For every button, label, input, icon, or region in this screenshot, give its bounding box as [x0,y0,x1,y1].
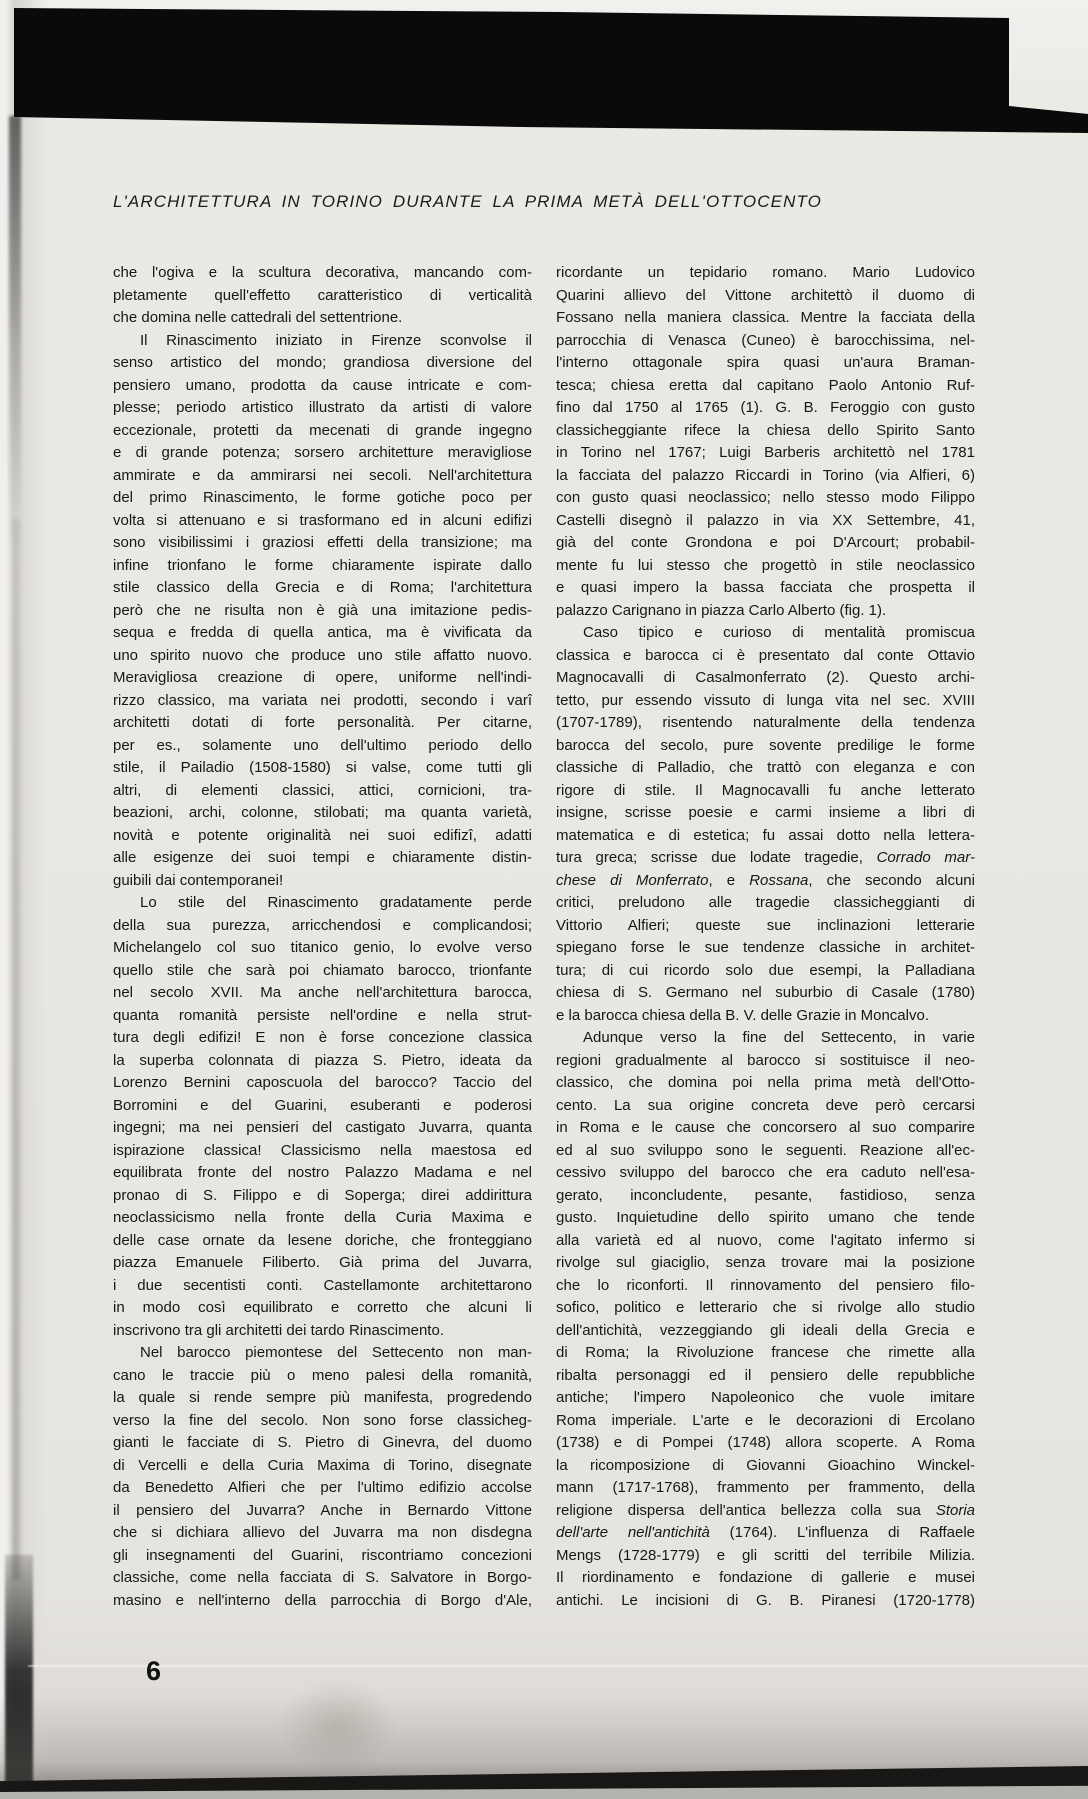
text-line: quanta romanità persiste nell'ordine e n… [113,1005,532,1028]
text-line: plesse; periodo artistico illustrato da … [113,397,532,420]
text-line: classica e barocca ci è presentato dal c… [556,645,975,668]
text-line: ammirate e da ammirarsi nei secoli. Nell… [113,465,532,488]
text-line: la quale si rende sempre più manifesta, … [113,1387,532,1410]
text-line: novità e potente originalità nei suoi ed… [113,825,532,848]
text-line: infine trionfano le forme chiaramente is… [113,555,532,578]
text-line: la ricomposizione di Giovanni Gioachino … [556,1455,975,1478]
text-line: classico, che domina poi nella prima met… [556,1072,975,1095]
text-line: stile, il Pailadio (1508-1580) si valse,… [113,757,532,780]
text-line: in Torino nel 1767; Luigi Barberis archi… [556,442,975,465]
text-line: sofico, politico e letterario che si riv… [556,1297,975,1320]
text-line: volta si attenuano e si trasformano ed i… [113,510,532,533]
text-line: Quarini allievo del Vittone architettò i… [556,285,975,308]
text-line: la facciata del palazzo Riccardi in Tori… [556,465,975,488]
page-number: 6 [146,1656,161,1687]
text-line: e la barocca chiesa della B. V. delle Gr… [556,1005,975,1028]
text-line: matematica e di estetica; fu assai dotto… [556,825,975,848]
text-line: alla varietà ed al nuovo, come l'agitato… [556,1230,975,1253]
text-line: classiche, come nella facciata di S. Sal… [113,1567,532,1590]
text-line: alle esigenze dei suoi tempi e chiaramen… [113,847,532,870]
text-line: con gusto quasi neoclassico; nello stess… [556,487,975,510]
text-line: gli insegnamenti del Guarini, riscontria… [113,1545,532,1568]
text-line: in modo così equilibrato e corretto che … [113,1297,532,1320]
text-line: tesca; chiesa eretta dal capitano Paolo … [556,375,975,398]
text-line: chiesa di S. Germano nel suburbio di Cas… [556,982,975,1005]
text-line: classiche di Palladio, che trattò con el… [556,757,975,780]
text-line: regioni gradualmente al barocco si sosti… [556,1050,975,1073]
scan-streak-middle [12,520,20,1580]
text-line: e quasi impero la bassa facciata che pro… [556,577,975,600]
text-line: l'interno ottagonale spira quasi un'aura… [556,352,975,375]
text-line: ed al suo sviluppo sono le seguenti. Rea… [556,1140,975,1163]
text-line: gianti le facciate di S. Pietro di Ginev… [113,1432,532,1455]
text-line: già del conte Grondona e poi D'Arcourt; … [556,532,975,555]
text-line: dell'antichità, vezzeggiando gli ideali … [556,1320,975,1343]
text-line: rigore di stile. Il Magnocavalli fu anch… [556,780,975,803]
text-line: chese di Monferrato, e Rossana, che seco… [556,870,975,893]
text-line: il pensiero del Juvarra? Anche in Bernar… [113,1500,532,1523]
text-line: ispirazione classica! Classicismo nella … [113,1140,532,1163]
text-line: gusto. Inquietudine dello spirito umano … [556,1207,975,1230]
text-line: della sua purezza, arricchendosi e compl… [113,915,532,938]
text-line: antichi. Le incisioni di G. B. Piranesi … [556,1590,975,1613]
text-line: ribalta personaggi ed il pensiero delle … [556,1365,975,1388]
text-line: masino e nell'interno della parrocchia d… [113,1590,532,1613]
text-line: Magnocavalli di Casalmonferrato (2). Que… [556,667,975,690]
text-line: sono visibilissimi i graziosi effetti de… [113,532,532,555]
text-line: rizzo classico, ma variata nei prodotti,… [113,690,532,713]
text-line: Fossano nella maniera classica. Mentre l… [556,307,975,330]
text-line: Castelli disegnò il palazzo in via XX Se… [556,510,975,533]
text-line: stile classico della Grecia e di Roma; l… [113,577,532,600]
text-line: Nel barocco piemontese del Settecento no… [113,1342,532,1365]
text-line: altri, di elementi classici, attici, cor… [113,780,532,803]
text-line: del primo Rinascimento, le forme gotiche… [113,487,532,510]
text-line: eccezionale, protetti da mecenati di gra… [113,420,532,443]
text-line: rivolge sul giaciglio, senza trovare mai… [556,1252,975,1275]
text-line: antiche; l'impero Napoleonico che vuole … [556,1387,975,1410]
text-line: delle case ornate da lesene doriche, che… [113,1230,532,1253]
text-line: spiegano forse le sue tendenze classiche… [556,937,975,960]
text-line: tetto, pur essendo vissuto di lunga vita… [556,690,975,713]
text-line: piazza Emanuele Filiberto. Già prima del… [113,1252,532,1275]
text-line: cano le traccie più o meno palesi della … [113,1365,532,1388]
text-line: senso artistico del mondo; grandiosa div… [113,352,532,375]
scan-light-line [28,1665,1088,1667]
text-line: che lo riconforti. Il rinnovamento del p… [556,1275,975,1298]
text-line: ricordante un tepidario romano. Mario Lu… [556,262,975,285]
text-line: insigne, scrisse poesie e carmi insieme … [556,802,975,825]
text-line: Mengs (1728-1779) e gli scritti del terr… [556,1545,975,1568]
text-line: cessivo sviluppo del barocco che era cad… [556,1162,975,1185]
text-line: che si dichiara allievo del Juvarra ma n… [113,1522,532,1545]
text-line: Borromini e del Guarini, esuberanti e po… [113,1095,532,1118]
scan-left-edge-shadow [0,0,48,1799]
text-line: di Vercelli e della Curia Maxima di Tori… [113,1455,532,1478]
text-line: Michelangelo col suo titanico genio, lo … [113,937,532,960]
text-line: dell'arte nell'antichità (1764). L'influ… [556,1522,975,1545]
text-line: da Benedetto Alfieri che per l'ultimo ed… [113,1477,532,1500]
text-line: pletamente quell'effetto caratteristico … [113,285,532,308]
text-line: tura greca; scrisse due lodate tragedie,… [556,847,975,870]
text-line: e di grande potenza; sorsero architettur… [113,442,532,465]
text-line: inscrivono tra gli architetti dei tardo … [113,1320,532,1343]
text-line: mente fu lui stesso che progettò in stil… [556,555,975,578]
text-line: critici, preludono alle tragedie classic… [556,892,975,915]
text-line: però che ne risulta non è già una imitaz… [113,600,532,623]
text-line: che l'ogiva e la scultura decorativa, ma… [113,262,532,285]
text-line: beazioni, archi, colonne, stilobati; ma … [113,802,532,825]
text-line: ingegni; ma nei pensieri del castigato J… [113,1117,532,1140]
text-line: per es., solamente uno dell'ultimo perio… [113,735,532,758]
scan-black-band-top [0,0,1088,150]
text-line: tura degli edifizi! E non è forse concez… [113,1027,532,1050]
text-line: neoclassicismo nella fronte della Curia … [113,1207,532,1230]
text-line: di Roma; la Rivoluzione francese che rim… [556,1342,975,1365]
text-line: Il riordinamento e fondazione di galleri… [556,1567,975,1590]
text-line: che domina nelle cattedrali del settentr… [113,307,532,330]
text-line: fino dal 1750 al 1765 (1). G. B. Feroggi… [556,397,975,420]
text-line: (1738) e di Pompei (1748) allora scopert… [556,1432,975,1455]
text-line: pronao di S. Filippo e di Soperga; direi… [113,1185,532,1208]
text-line: Roma imperiale. L'arte e le decorazioni … [556,1410,975,1433]
text-line: guibili dai contemporanei! [113,870,532,893]
scan-streak-top [9,116,21,546]
text-line: equilibrata fronte del nostro Palazzo Ma… [113,1162,532,1185]
text-line: Meravigliosa creazione di opere, uniform… [113,667,532,690]
text-line: la superba colonnata di piazza S. Pietro… [113,1050,532,1073]
text-line: sequa e fredda di quella antica, ma è vi… [113,622,532,645]
text-column-right: ricordante un tepidario romano. Mario Lu… [556,262,975,1612]
text-line: gerato, inconcludente, pesante, fastidio… [556,1185,975,1208]
text-line: Adunque verso la fine del Settecento, in… [556,1027,975,1050]
text-line: Vittorio Alfieri; queste sue inclinazion… [556,915,975,938]
text-line: i due secentisti conti. Castellamonte ar… [113,1275,532,1298]
text-line: in Roma e le cause che concorsero al suo… [556,1117,975,1140]
text-line: Lorenzo Bernini caposcuola del barocco? … [113,1072,532,1095]
text-line: uno spirito nuovo che produce uno stile … [113,645,532,668]
text-line: Il Rinascimento iniziato in Firenze scon… [113,330,532,353]
page-title: L'ARCHITETTURA IN TORINO DURANTE LA PRIM… [113,192,1013,212]
text-line: mann (1717-1768), frammento per framment… [556,1477,975,1500]
text-line: classicheggiante rifece la chiesa dello … [556,420,975,443]
text-line: verso la fine del secolo. Non sono forse… [113,1410,532,1433]
text-line: Caso tipico e curioso di mentalità promi… [556,622,975,645]
text-line: (1707-1789), risentendo naturalmente del… [556,712,975,735]
text-line: cento. La sua origine concreta deve però… [556,1095,975,1118]
text-line: architetti dotati di forte personalità. … [113,712,532,735]
text-line: barocca del secolo, pure sovente predili… [556,735,975,758]
text-line: quello stile che sarà poi chiamato baroc… [113,960,532,983]
text-line: religione dispersa dell'antica bellezza … [556,1500,975,1523]
text-line: pensiero umano, prodotta da cause intric… [113,375,532,398]
text-line: tura; di cui ricordo solo due esempi, la… [556,960,975,983]
text-line: palazzo Carignano in piazza Carlo Albert… [556,600,975,623]
text-line: Lo stile del Rinascimento gradatamente p… [113,892,532,915]
text-line: nel secolo XVII. Ma anche nell'architett… [113,982,532,1005]
scanned-page: L'ARCHITETTURA IN TORINO DURANTE LA PRIM… [0,0,1088,1799]
text-column-left: che l'ogiva e la scultura decorativa, ma… [113,262,532,1612]
text-line: parrocchia di Venasca (Cuneo) è barocchi… [556,330,975,353]
